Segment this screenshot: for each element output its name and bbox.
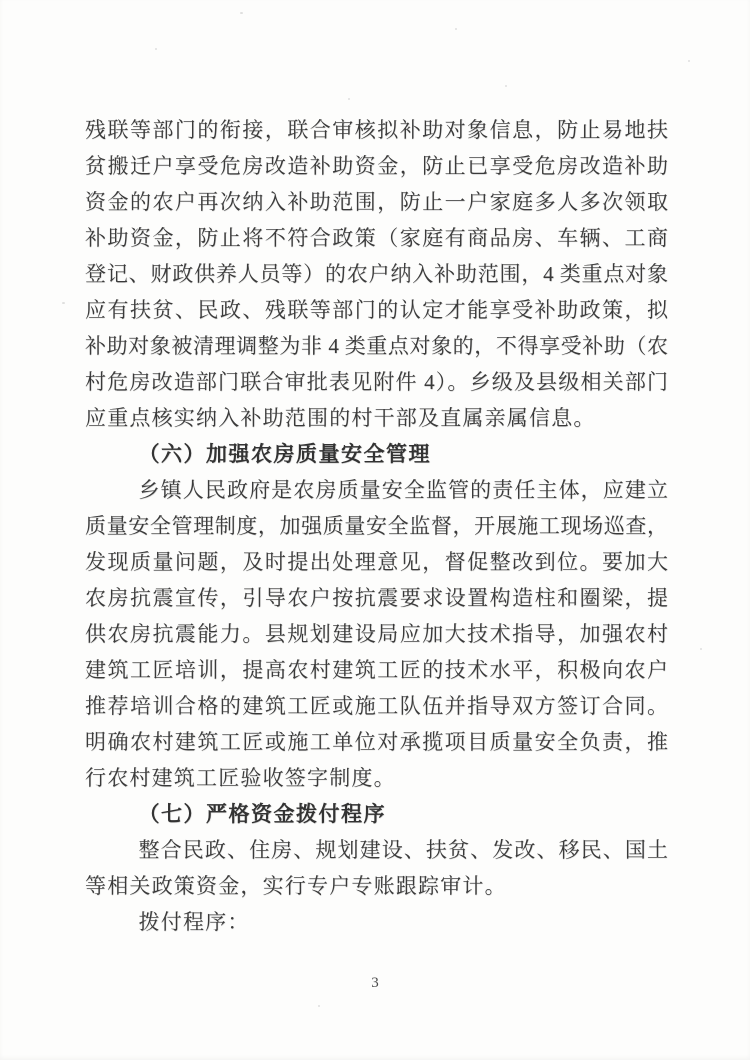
- scanned-document-page: 残联等部门的衔接，联合审核拟补助对象信息，防止易地扶 贫搬迁户享受危房改造补助资…: [0, 0, 750, 1060]
- scan-speck: [688, 60, 690, 62]
- scan-speck: [240, 12, 243, 14]
- body-line: 供农房抗震能力。县规划建设局应加大技术指导，加强农村: [85, 616, 668, 652]
- body-line: 资金的农户再次纳入补助范围，防止一户家庭多人多次领取: [85, 184, 668, 220]
- scan-speck: [505, 85, 507, 87]
- page-number: 3: [0, 975, 750, 992]
- body-line: 补助对象被清理调整为非 4 类重点对象的，不得享受补助（农: [85, 328, 668, 364]
- body-line: 农房抗震宣传，引导农户按抗震要求设置构造柱和圈梁，提: [85, 580, 668, 616]
- body-line: 等相关政策资金，实行专户专账跟踪审计。: [85, 868, 668, 904]
- scan-speck: [348, 98, 350, 100]
- scan-speck: [155, 48, 157, 50]
- body-line: 残联等部门的衔接，联合审核拟补助对象信息，防止易地扶: [85, 112, 668, 148]
- body-line: 发现质量问题，及时提出处理意见，督促整改到位。要加大: [85, 544, 668, 580]
- body-line: 整合民政、住房、规划建设、扶贫、发改、移民、国土: [85, 832, 668, 868]
- body-line: 应重点核实纳入补助范围的村干部及直属亲属信息。: [85, 400, 668, 436]
- scan-speck: [455, 28, 457, 30]
- body-line: 登记、财政供养人员等）的农户纳入补助范围，4 类重点对象: [85, 256, 668, 292]
- body-line: 建筑工匠培训，提高农村建筑工匠的技术水平，积极向农户: [85, 652, 668, 688]
- body-line: 应有扶贫、民政、残联等部门的认定才能享受补助政策，拟: [85, 292, 668, 328]
- body-line: 村危房改造部门联合审批表见附件 4）。乡级及县级相关部门: [85, 364, 668, 400]
- scan-speck: [318, 1005, 320, 1007]
- section-heading-7: （七）严格资金拨付程序: [85, 796, 668, 832]
- scan-speck: [700, 648, 702, 650]
- body-line: 拨付程序：: [85, 904, 668, 940]
- body-line: 质量安全管理制度，加强质量安全监督，开展施工现场巡查，: [85, 508, 668, 544]
- body-line: 明确农村建筑工匠或施工单位对承揽项目质量安全负责，推: [85, 724, 668, 760]
- body-line: 补助资金，防止将不符合政策（家庭有商品房、车辆、工商: [85, 220, 668, 256]
- body-line: 推荐培训合格的建筑工匠或施工队伍并指导双方签订合同。: [85, 688, 668, 724]
- body-line: 贫搬迁户享受危房改造补助资金，防止已享受危房改造补助: [85, 148, 668, 184]
- scan-speck: [62, 302, 65, 304]
- body-line: 行农村建筑工匠验收签字制度。: [85, 760, 668, 796]
- section-heading-6: （六）加强农房质量安全管理: [85, 436, 668, 472]
- document-body: 残联等部门的衔接，联合审核拟补助对象信息，防止易地扶 贫搬迁户享受危房改造补助资…: [85, 112, 668, 940]
- body-line: 乡镇人民政府是农房质量安全监管的责任主体，应建立: [85, 472, 668, 508]
